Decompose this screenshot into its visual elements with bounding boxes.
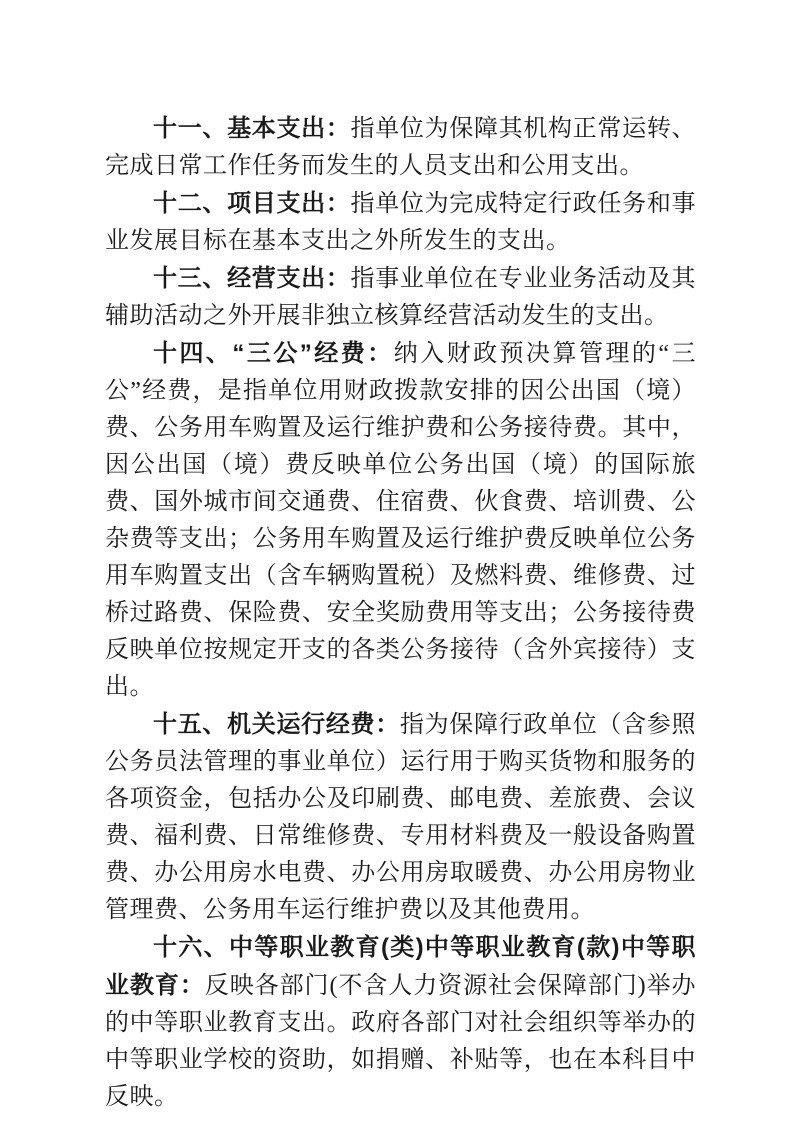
term-label: 十四、“三公”经费： [153,340,394,367]
term-label: 十五、机关运行经费： [153,711,400,738]
document-page: 十一、基本支出：指单位为保障其机构正常运转、完成日常工作任务而发生的人员支出和公… [0,0,793,1122]
term-definition: 纳入财政预决算管理的“三公”经费，是指单位用财政拨款安排的因公出国（境）费、公务… [105,341,696,700]
definition-paragraph-secondary-vocational-education: 十六、中等职业教育(类)中等职业教育(款)中等职业教育：反映各部门(不含人力资源… [105,929,696,1116]
definition-paragraph-project-expenditure: 十二、项目支出：指单位为完成特定行政任务和事业发展目标在基本支出之外所发生的支出… [105,185,696,260]
definition-paragraph-basic-expenditure: 十一、基本支出：指单位为保障其机构正常运转、完成日常工作任务而发生的人员支出和公… [105,110,696,185]
definition-paragraph-agency-operating-funds: 十五、机关运行经费：指为保障行政单位（含参照公务员法管理的事业单位）运行用于购买… [105,706,696,929]
term-label: 十二、项目支出： [153,190,351,217]
term-label: 十一、基本支出： [153,115,351,142]
term-label: 十三、经营支出： [153,265,351,292]
term-definition: 指为保障行政单位（含参照公务员法管理的事业单位）运行用于购买货物和服务的各项资金… [105,712,696,923]
definition-paragraph-three-public-funds: 十四、“三公”经费：纳入财政预决算管理的“三公”经费，是指单位用财政拨款安排的因… [105,335,696,706]
definition-paragraph-operating-expenditure: 十三、经营支出：指事业单位在专业业务活动及其辅助活动之外开展非独立核算经营活动发… [105,260,696,335]
